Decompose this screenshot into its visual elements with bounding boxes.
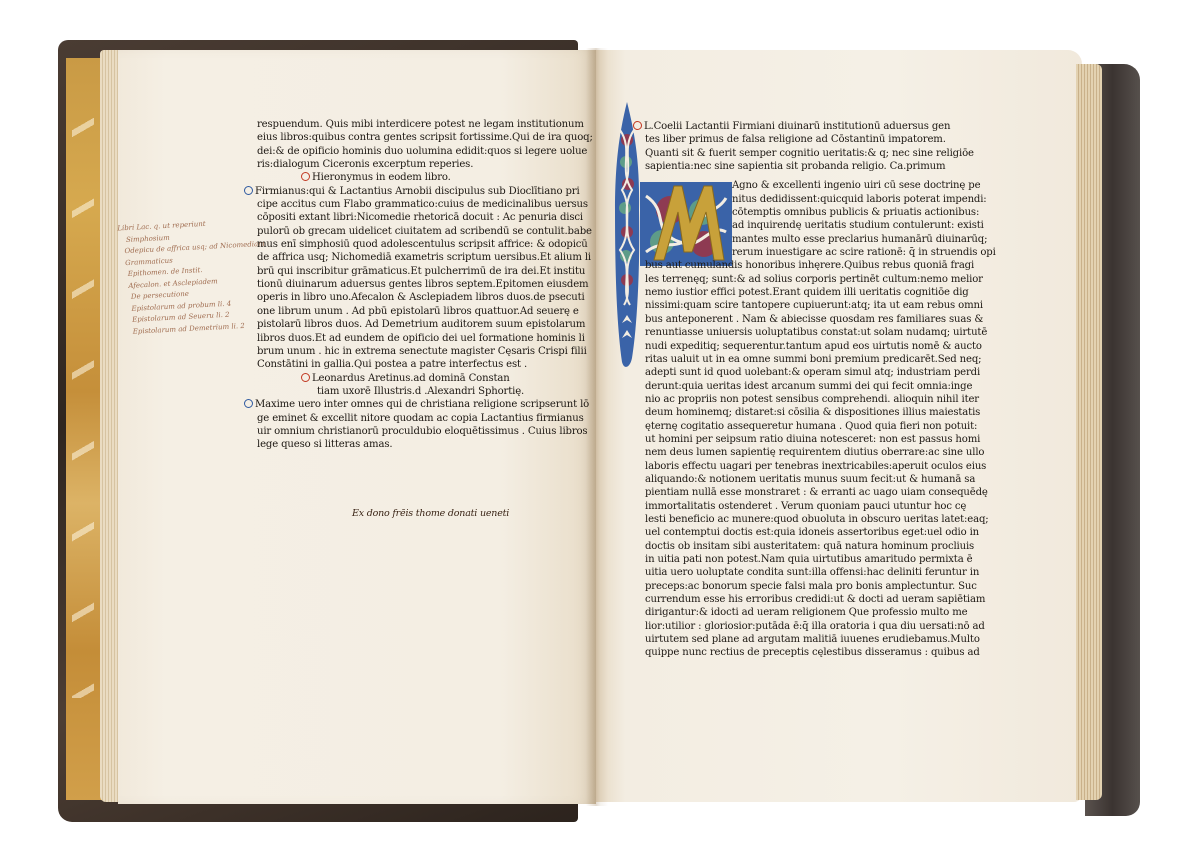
- text-line: tionū diuinarum aduersus gentes libros s…: [257, 278, 567, 291]
- heading-text: Hieronymus in eodem libro.: [312, 172, 451, 183]
- text-line: Maxime uero inter omnes qui de christian…: [255, 399, 589, 410]
- title-text: L.Coelii Lactantii Firmiani diuinarū ins…: [644, 121, 950, 132]
- text-line: pulorū ob grecam uidelicet ciuitatem ad …: [257, 225, 567, 238]
- text-line: nissimi:quam scire tantopere cupiuerunt:…: [645, 299, 945, 312]
- text-line: Constātini in gallia.Qui postea a patre …: [257, 358, 567, 371]
- text-line: Firmianus:qui & Lactantius Arnobii disci…: [255, 186, 580, 197]
- text-line: lege queso si litteras amas.: [257, 438, 567, 451]
- text-line: Agno & excellenti ingenio uiri cū sese d…: [645, 179, 945, 192]
- text-line: respuendum. Quis mibi interdicere potest…: [257, 118, 567, 131]
- text-line: dirigantur:& idocti ad ueram religionem …: [645, 606, 945, 619]
- text-line: cōtemptis omnibus publicis & priuatis ac…: [645, 206, 945, 219]
- text-line: uel contemptui doctis est:quia idoneis a…: [645, 526, 945, 539]
- right-page-text: L.Coelii Lactantii Firmiani diuinarū ins…: [645, 120, 945, 660]
- text-line: uitia uero uoluptate condita sunt:illa o…: [645, 566, 945, 579]
- text-line: bus aut cumulandis honoribus inhęrere.Qu…: [645, 259, 945, 272]
- ownership-inscription: Ex dono frēis thome donati ueneti: [352, 508, 509, 519]
- title-line: tes liber primus de falsa religione ad C…: [645, 133, 945, 146]
- text-line: renuntiasse uniuersis uoluptatibus const…: [645, 326, 945, 339]
- rubric-heading: Leonardus Aretinus.ad dominā Constan: [257, 372, 567, 385]
- text-line: currendum esse his erroribus credidi:ut …: [645, 593, 945, 606]
- text-line: ut homini per seipsum ratio diuina notes…: [645, 433, 945, 446]
- title-line: sapientia:nec sine sapientia sit proband…: [645, 160, 945, 173]
- red-paragraph-mark-icon: [301, 172, 310, 181]
- text-line: mantes multo esse preclarius humanārū di…: [645, 233, 945, 246]
- text-line: ris:dialogum Ciceronis excerptum reperie…: [257, 158, 567, 171]
- text-line: brum unum . hic in extrema senectute mag…: [257, 345, 567, 358]
- book-gutter: [586, 48, 608, 806]
- text-line: nitus dedidissent:quicquid laboris poter…: [645, 193, 945, 206]
- text-line: nem deus lumen sapientię requirentem diu…: [645, 446, 945, 459]
- text-line: laboris effectu uagari per tenebras inex…: [645, 460, 945, 473]
- text-line: immortalitatis ostenderet . Verum quonia…: [645, 500, 945, 513]
- text-line: in uitia pati non potest.Nam quia uirtut…: [645, 553, 945, 566]
- text-line: libros duos.Et ad eundem de opificio dei…: [257, 332, 567, 345]
- open-book: Libri Lac. q. ut reperiunt Simphosium Od…: [0, 0, 1200, 841]
- text-line: uirtutem sed plane ad argutam malitiā iu…: [645, 633, 945, 646]
- text-line: pistolarū libros duos. Ad Demetrium audi…: [257, 318, 567, 331]
- text-line: cipe accitus cum Flabo grammatico:cuius …: [257, 198, 567, 211]
- text-line: aliquando:& notionem ueritatis munus suu…: [645, 473, 945, 486]
- title-line: Quanti sit & fuerit semper cognitio ueri…: [645, 147, 945, 160]
- red-paragraph-mark-icon: [301, 373, 310, 382]
- text-line: lior:utilior : gloriosior:putāda ē:q̄ il…: [645, 620, 945, 633]
- text-line: derunt:quia ueritas idest arcanum summi …: [645, 380, 945, 393]
- text-line: operis in libro uno.Afecalon & Asclepiad…: [257, 291, 567, 304]
- blue-paragraph-mark-icon: [244, 186, 253, 195]
- rubric-heading: Hieronymus in eodem libro.: [257, 171, 567, 184]
- text-line: quippe nunc rectius de preceptis cęlesti…: [645, 646, 945, 659]
- text-line: deum hominemq; distaret:si cōsilia & dis…: [645, 406, 945, 419]
- text-line: brū qui inscribitur grāmaticus.Et pulche…: [257, 265, 567, 278]
- text-line: ęternę cogitatio assequeretur humana . Q…: [645, 420, 945, 433]
- text-line: preceps:ac bonorum specie falsi mala pro…: [645, 580, 945, 593]
- text-line: one librum unum . Ad pbū epistolarū libr…: [257, 305, 567, 318]
- text-line: mus enī simphosiū quod adolescentulus sc…: [257, 238, 567, 251]
- text-line: adepti sunt id quod uolebant:& operam si…: [645, 366, 945, 379]
- text-line: uir omnium christianorū proculdubio eloq…: [257, 425, 567, 438]
- text-line: nio ac propriis non potest sensibus comp…: [645, 393, 945, 406]
- text-line: nudi expeditiq; sequerentur.tantum apud …: [645, 340, 945, 353]
- paragraph-start-line: Firmianus:qui & Lactantius Arnobii disci…: [244, 185, 567, 198]
- text-line: pientiam nullā esse monstraret : & erran…: [645, 486, 945, 499]
- title-line: L.Coelii Lactantii Firmiani diuinarū ins…: [633, 120, 945, 133]
- text-line: ritas ualuit ut in ea omne summi boni pr…: [645, 353, 945, 366]
- text-line: eius libros:quibus contra gentes scripsi…: [257, 131, 567, 144]
- handwritten-marginalia: Libri Lac. q. ut reperiunt Simphosium Od…: [117, 217, 253, 339]
- illuminated-border-icon: [612, 100, 642, 372]
- page-edges-right: [1076, 64, 1102, 800]
- text-line: nemo iustior effici potest.Erant quidem …: [645, 286, 945, 299]
- text-line: lesti beneficio ac munere:quod obuoluta …: [645, 513, 945, 526]
- heading-continuation: tiam uxorē Illustris.d .Alexandri Sphort…: [257, 385, 567, 398]
- red-paragraph-mark-icon: [633, 121, 642, 130]
- left-page-text: respuendum. Quis mibi interdicere potest…: [257, 118, 567, 452]
- paragraph-start-line: Maxime uero inter omnes qui de christian…: [244, 398, 567, 411]
- heading-text: Leonardus Aretinus.ad dominā Constan: [312, 373, 510, 384]
- text-line: doctis ob insitam sibi austeritatem: quā…: [645, 540, 945, 553]
- text-line: les terrenęq; sunt:& ad solius corporis …: [645, 273, 945, 286]
- text-line: cōpositi extant libri:Nicomedie rhetoric…: [257, 211, 567, 224]
- text-line: de affrica usq; Nichomediā exametris scr…: [257, 251, 567, 264]
- text-line: ad inquirendę ueritatis studium contuler…: [645, 219, 945, 232]
- text-line: bus anteponerent . Nam & abiecisse quosd…: [645, 313, 945, 326]
- text-line: ge eminet & excellit nitore quodam ac co…: [257, 412, 567, 425]
- blue-paragraph-mark-icon: [244, 399, 253, 408]
- text-line: rerum inuestigare ac scire rationē: q̄ i…: [645, 246, 945, 259]
- text-line: dei:& de opificio hominis duo uolumina e…: [257, 145, 567, 158]
